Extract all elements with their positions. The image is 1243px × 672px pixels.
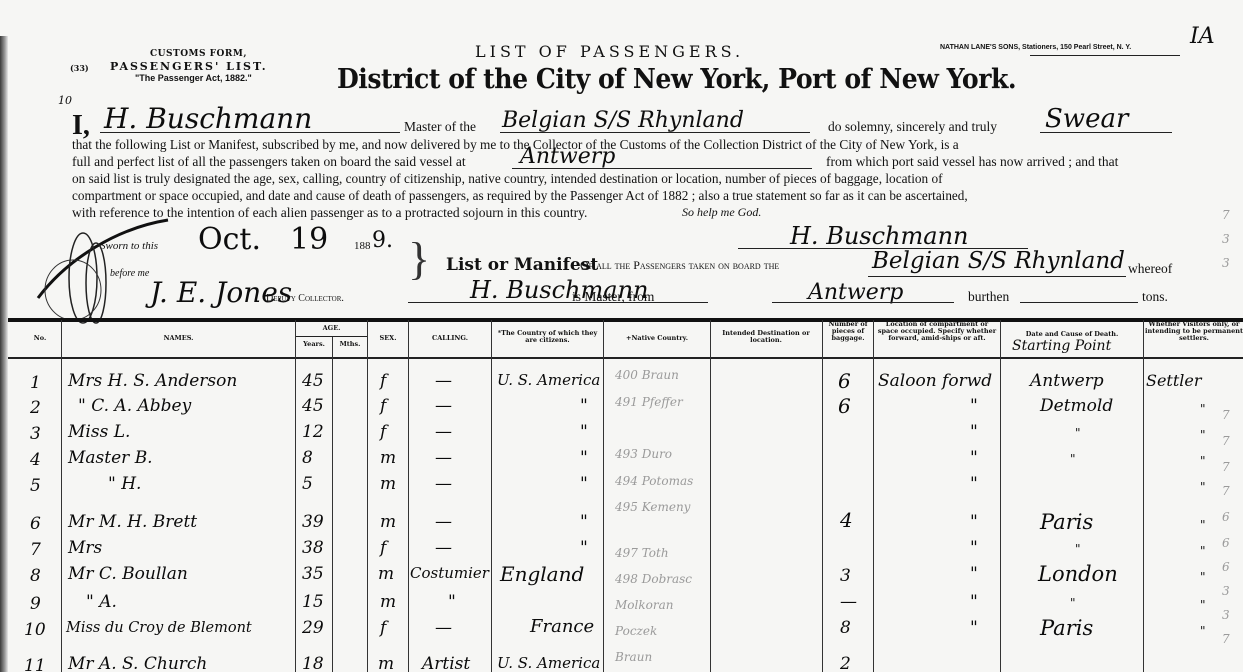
bleed-through-text: 491 Pfeffer [615, 395, 683, 409]
row-6-name: Mr M. H. Brett [68, 512, 197, 532]
row-11-no: 11 [24, 656, 46, 672]
margin-number: 7 [1222, 208, 1230, 222]
age-subheader-rule [296, 336, 367, 337]
row-5-citizen: " [580, 474, 588, 494]
col-divider [603, 320, 604, 672]
row-5-no: 5 [30, 476, 41, 496]
row-8-intent: " [1200, 570, 1206, 584]
row-9-location: " [970, 592, 978, 612]
row-9-years: 15 [302, 592, 324, 612]
bleed-through-text: 400 Braun [615, 368, 679, 382]
row-11-baggage: 2 [840, 654, 851, 672]
row-5-calling: — [435, 474, 452, 494]
row-5-location: " [970, 474, 978, 494]
row-7-name: Mrs [68, 538, 102, 558]
margin-number: 3 [1222, 232, 1230, 246]
row-8-location: " [970, 564, 978, 584]
row-6-intent: " [1200, 518, 1206, 532]
sworn-month: Oct. [198, 222, 261, 257]
customs-form-label: CUSTOMS FORM, [150, 49, 247, 59]
header-citizen-country: *The Country of which they are citizens. [495, 330, 600, 344]
manifest-vessel-line [868, 276, 1126, 277]
district-heading: District of the City of New York, Port o… [337, 64, 1016, 95]
row-7-calling: — [435, 538, 452, 558]
row-3-death: " [1075, 426, 1081, 440]
row-8-citizen: England [500, 562, 584, 586]
bleed-through-text: 494 Potomas [615, 474, 693, 488]
row-6-calling: — [435, 512, 452, 532]
port-line [512, 168, 812, 169]
row-11-calling: Artist [422, 654, 470, 672]
row-3-location: " [970, 422, 978, 442]
row-10-calling: — [435, 618, 452, 638]
row-10-sex: f [380, 618, 386, 638]
row-2-sex: f [380, 396, 386, 416]
row-9-no: 9 [30, 594, 41, 614]
row-1-calling: — [435, 371, 452, 391]
row-9-baggage: — [840, 592, 857, 612]
row-6-years: 39 [302, 512, 324, 532]
so-help-me-god: So help me God. [682, 204, 761, 222]
row-8-name: Mr C. Boullan [68, 564, 188, 584]
row-1-citizen: U. S. America [497, 371, 600, 389]
row-9-intent: " [1200, 598, 1206, 612]
swear-line [1040, 132, 1172, 133]
vessel-line [500, 132, 810, 133]
burthen-text: burthen [968, 288, 1009, 306]
is-master-from-text: is Master, from [572, 288, 654, 306]
port-handwritten: Antwerp [520, 144, 615, 169]
row-7-location: " [970, 538, 978, 558]
row-11-name: Mr A. S. Church [68, 654, 207, 672]
row-10-name: Miss du Croy de Blemont [66, 620, 252, 636]
row-1-baggage: 6 [838, 369, 851, 393]
row-7-years: 38 [302, 538, 324, 558]
header-intent: Whether Visitors only, or intending to b… [1145, 321, 1243, 342]
row-3-calling: — [435, 422, 452, 442]
row-11-citizen: U. S. America [497, 654, 600, 672]
manifest-vessel-handwritten: Belgian S/S Rhynland [872, 248, 1125, 274]
row-10-death: Paris [1040, 616, 1093, 640]
printer-imprint: NATHAN LANE'S SONS, Stationers, 150 Pear… [940, 44, 1131, 51]
row-4-location: " [970, 448, 978, 468]
row-3-name: Miss L. [68, 422, 130, 442]
row-5-name: " H. [108, 474, 141, 494]
row-7-intent: " [1200, 544, 1206, 558]
col-divider [822, 320, 823, 672]
margin-number: 6 [1222, 536, 1230, 550]
row-8-years: 35 [302, 564, 324, 584]
row-6-baggage: 4 [840, 508, 853, 532]
row-7-citizen: " [580, 538, 588, 558]
col-divider [367, 320, 368, 672]
row-4-death: " [1070, 452, 1076, 466]
row-8-sex: m [378, 564, 394, 584]
header-location: Location of compartment or space occupie… [876, 321, 998, 342]
row-9-death: " [1070, 596, 1076, 610]
row-9-sex: m [380, 592, 396, 612]
header-destination: Intended Destination or location. [712, 330, 820, 344]
col-divider [61, 320, 62, 672]
row-5-intent: " [1200, 480, 1206, 494]
row-8-death: London [1038, 562, 1118, 586]
row-5-years: 5 [302, 474, 313, 494]
passengers-list-label: PASSENGERS' LIST. [110, 60, 268, 73]
margin-number: 7 [1222, 484, 1230, 498]
row-11-sex: m [378, 654, 394, 672]
col-divider [1000, 320, 1001, 672]
col-divider [710, 320, 711, 672]
bleed-through-text: 495 Kemeny [615, 500, 690, 514]
oath-line-5: compartment or space occupied, and date … [72, 187, 968, 205]
row-4-no: 4 [30, 450, 41, 470]
burthen-line [1020, 302, 1138, 303]
row-4-years: 8 [302, 448, 313, 468]
master-name-handwritten: H. Buschmann [104, 102, 312, 135]
row-8-baggage: 3 [840, 566, 851, 586]
manifest-master-line [408, 302, 708, 303]
bleed-through-text: Molkoran [615, 598, 673, 612]
row-7-no: 7 [30, 540, 41, 560]
row-1-death: Antwerp [1030, 371, 1104, 391]
document-title: LIST OF PASSENGERS. [475, 42, 744, 61]
corner-mark: IA [1190, 24, 1215, 49]
header-baggage: Number of pieces of baggage. [824, 321, 872, 342]
header-native-country: +Native Country. [604, 335, 710, 342]
margin-number: 7 [1222, 408, 1230, 422]
bleed-through-text: 498 Dobrasc [615, 572, 692, 586]
row-9-calling: " [448, 592, 456, 612]
col-divider [491, 320, 492, 672]
header-sex: SEX. [368, 335, 408, 342]
manifest-heading: List or Manifest [446, 255, 598, 275]
master-name-line [100, 132, 400, 133]
margin-number: 6 [1222, 560, 1230, 574]
row-3-intent: " [1200, 428, 1206, 442]
imprint-underline [1030, 55, 1180, 56]
margin-number: 7 [1222, 434, 1230, 448]
header-death: Date and Cause of Death. [1002, 331, 1142, 338]
col-divider [332, 336, 333, 672]
row-7-sex: f [380, 538, 386, 558]
sworn-year-suffix: 9. [372, 228, 393, 253]
margin-number: 6 [1222, 510, 1230, 524]
row-3-citizen: " [580, 422, 588, 442]
row-10-location: " [970, 618, 978, 638]
row-4-calling: — [435, 448, 452, 468]
bleed-through-text: Braun [615, 650, 652, 664]
margin-number: 3 [1222, 608, 1230, 622]
row-1-name: Mrs H. S. Anderson [68, 371, 237, 391]
bleed-through-text: Poczek [615, 624, 657, 638]
oath-line-3a: full and perfect list of all the passeng… [72, 153, 466, 171]
row-2-citizen: " [580, 396, 588, 416]
row-7-death: " [1075, 542, 1081, 556]
oath-line-3b: from which port said vessel has now arri… [826, 153, 1118, 171]
margin-number: 3 [1222, 584, 1230, 598]
vessel-name-handwritten: Belgian S/S Rhynland [502, 108, 744, 133]
row-4-intent: " [1200, 454, 1206, 468]
row-6-sex: m [380, 512, 396, 532]
row-2-name: " C. A. Abbey [78, 396, 191, 416]
table-top-rule [8, 318, 1243, 322]
row-1-years: 45 [302, 371, 324, 391]
header-names: NAMES. [62, 335, 295, 342]
table-header-bottom-rule [8, 357, 1243, 359]
col-divider [295, 320, 296, 672]
passenger-act-label: "The Passenger Act, 1882." [135, 73, 252, 83]
passenger-manifest-page: CUSTOMS FORM, (33) PASSENGERS' LIST. "Th… [0, 0, 1243, 672]
row-4-name: Master B. [68, 448, 153, 468]
row-8-calling: Costumier [410, 564, 489, 582]
row-6-location: " [970, 512, 978, 532]
bleed-through-text: 493 Duro [615, 447, 672, 461]
header-years: Years. [296, 341, 332, 348]
sworn-year-prefix: 188 [354, 240, 371, 252]
solemnly-text: do solemny, sincerely and truly [828, 118, 997, 136]
row-6-death: Paris [1040, 510, 1093, 534]
deputy-collector-label: Deputy Collector. [266, 293, 344, 304]
col-divider [408, 320, 409, 672]
brace: } [408, 232, 430, 285]
tons-text: tons. [1142, 288, 1168, 306]
row-2-intent: " [1200, 402, 1206, 416]
row-1-sex: f [380, 371, 386, 391]
row-4-sex: m [380, 448, 396, 468]
row-10-intent: " [1200, 624, 1206, 638]
row-1-no: 1 [30, 373, 41, 393]
row-2-location: " [970, 396, 978, 416]
bleed-through-text: 497 Toth [615, 546, 669, 560]
swear-handwritten: Swear [1045, 104, 1128, 134]
row-10-years: 29 [302, 618, 324, 638]
form-number: (33) [70, 63, 89, 73]
row-4-citizen: " [580, 448, 588, 468]
row-2-baggage: 6 [838, 394, 851, 418]
manifest-of-all-text: Of all the Passengers taken on board the [580, 258, 779, 273]
row-2-death: Detmold [1040, 396, 1113, 416]
from-port-line [772, 302, 954, 303]
header-calling: CALLING. [409, 335, 491, 342]
header-death-note: Starting Point [1012, 338, 1111, 354]
whereof-text: whereof [1128, 260, 1172, 278]
master-signature: H. Buschmann [790, 222, 968, 250]
row-3-sex: f [380, 422, 386, 442]
row-10-citizen: France [530, 616, 594, 637]
row-11-years: 18 [302, 654, 324, 672]
row-2-no: 2 [30, 398, 41, 418]
header-age: AGE. [296, 325, 367, 332]
oath-line-4: on said list is truly designated the age… [72, 170, 943, 188]
row-10-baggage: 8 [840, 618, 851, 638]
row-8-no: 8 [30, 566, 41, 586]
page-edge-shadow [0, 36, 8, 672]
margin-number: 3 [1222, 256, 1230, 270]
row-5-sex: m [380, 474, 396, 494]
row-9-name: " A. [86, 592, 117, 612]
row-2-years: 45 [302, 396, 324, 416]
header-mths: Mths. [333, 341, 367, 348]
row-6-citizen: " [580, 512, 588, 532]
row-2-calling: — [435, 396, 452, 416]
col-divider [873, 320, 874, 672]
sworn-day: 19 [290, 222, 328, 257]
row-10-no: 10 [24, 620, 46, 640]
header-no: No. [20, 335, 60, 342]
row-3-no: 3 [30, 424, 41, 444]
oath-line-2: that the following List or Manifest, sub… [72, 136, 959, 154]
row-6-no: 6 [30, 514, 41, 534]
master-of-the-text: Master of the [404, 118, 476, 136]
row-3-years: 12 [302, 422, 324, 442]
row-1-location: Saloon forwd [878, 371, 992, 391]
margin-note: 10 [58, 94, 72, 107]
margin-number: 7 [1222, 632, 1230, 646]
margin-number: 7 [1222, 460, 1230, 474]
row-1-intent: Settler [1146, 371, 1202, 390]
col-divider [1143, 320, 1144, 672]
